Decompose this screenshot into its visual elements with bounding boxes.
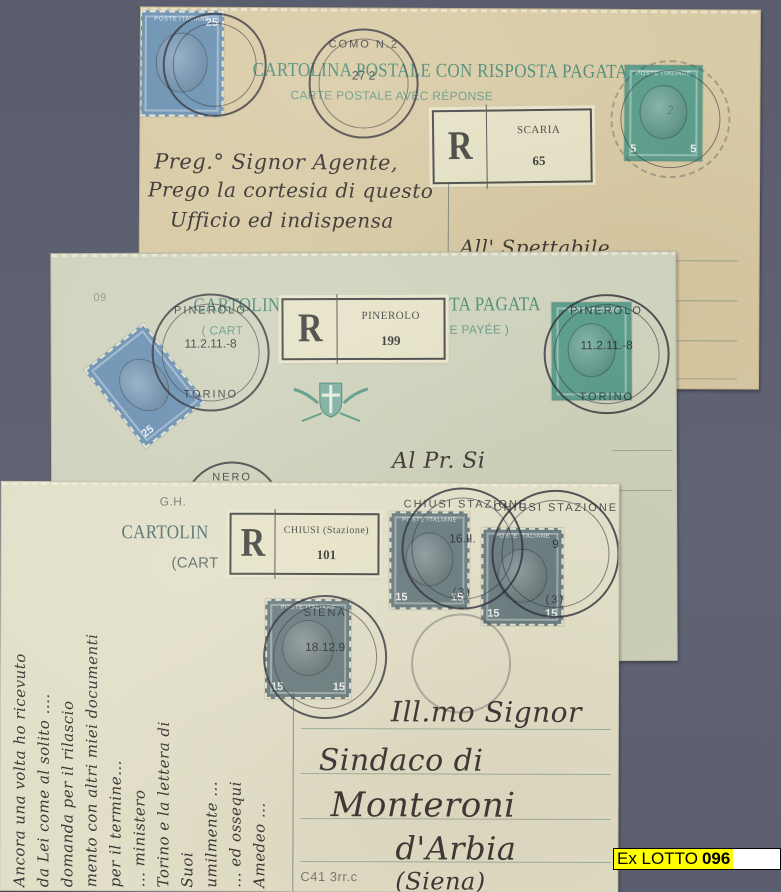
corner-mark: 09: [93, 292, 106, 304]
vertical-message-line: mento con altri miei documenti: [82, 634, 101, 888]
coat-of-arms-icon: [292, 381, 370, 431]
perforated-edge: [2, 482, 619, 487]
vertical-message-line: domanda per il rilascio: [58, 700, 77, 887]
pencil-note: G.H.: [160, 494, 187, 508]
lot-number: 096: [702, 849, 730, 869]
vertical-message-line: ... ministero: [130, 790, 148, 888]
handwritten-line: Prego la cortesia di questo: [148, 177, 433, 202]
perforated-edge: [141, 7, 760, 13]
registration-office: SCARIA: [517, 123, 560, 136]
card-header: CARTOLIN: [121, 521, 208, 544]
vertical-message-line: Ancora una volta ho ricevuto: [10, 653, 29, 887]
registration-mark: R: [283, 294, 338, 364]
registration-number: 101: [317, 547, 337, 563]
perforated-edge: [51, 252, 675, 257]
registration-number: 65: [532, 152, 545, 168]
handwritten-line: Ufficio ed indispensa: [170, 208, 394, 233]
handwritten-addressee: Al Pr. Si: [392, 449, 486, 474]
registration-label-chiusi: R CHIUSI (Stazione) 101: [229, 513, 379, 576]
lot-prefix: Ex LOTTO: [617, 849, 698, 869]
postmark-pinerolo: PINEROLO 11.2.11.-8 TORINO: [151, 293, 269, 411]
postmark-pinerolo: PINEROLO 11.2.11.-8 TORINO: [543, 294, 669, 414]
registration-mark: R: [434, 105, 488, 190]
registration-label-pinerolo: R PINEROLO 199: [281, 298, 445, 361]
registration-number: 199: [381, 332, 401, 348]
vertical-message-line: umilmente ...: [202, 781, 220, 888]
lot-label-text: Ex LOTTO 096: [614, 849, 733, 869]
registration-mark: R: [231, 509, 275, 579]
postcard-bottom-chiusi: G.H. CARTOLIN (CART R CHIUSI (Stazione) …: [0, 481, 620, 892]
postmark-como: COMO N.2 27 2: [308, 28, 419, 139]
address-line-5: (Siena): [395, 867, 485, 892]
divider-line: [292, 693, 294, 892]
address-line: [612, 490, 672, 491]
vertical-message-line: Suoi: [178, 852, 196, 888]
card-header-right: STA PAGATA: [439, 293, 540, 316]
vertical-message-line: Amedeo ...: [250, 802, 268, 888]
address-line-3: Monteroni: [331, 785, 516, 826]
vertical-message-line: ... ed ossequi: [226, 781, 244, 888]
registration-office: PINEROLO: [361, 309, 419, 321]
postmark: [162, 12, 267, 117]
address-line-1: Ill.mo Signor: [391, 695, 582, 729]
card-subheader-right: E PAYÉE ): [450, 322, 510, 336]
address-line-2: Sindaco di: [319, 743, 484, 779]
background: CARTOLINA POSTALE CON RISPOSTA PAGATA CA…: [0, 0, 781, 892]
vertical-message-line: Torino e la lettera di: [154, 721, 173, 887]
handwritten-line: Preg.° Signor Agente,: [154, 149, 398, 174]
postmark-barred: 2: [610, 60, 731, 179]
pencil-note: C41 3rr.c: [300, 869, 357, 884]
lot-label: Ex LOTTO 096: [613, 848, 781, 870]
card-subheader: (CART: [171, 555, 218, 572]
registration-label-scaria: R SCARIA 65: [432, 108, 593, 184]
postmark-siena: SIENA 18.12.9: [263, 595, 387, 719]
address-line: [612, 450, 672, 451]
registration-office: CHIUSI (Stazione): [284, 525, 369, 536]
postmark-chiusi-stazione: CHIUSI STAZIONE 9 (3): [491, 490, 619, 618]
address-line-4: d'Arbia: [395, 829, 516, 867]
vertical-message-line: da Lei come al solito ....: [34, 693, 53, 887]
vertical-message-line: per il termine...: [106, 760, 124, 887]
